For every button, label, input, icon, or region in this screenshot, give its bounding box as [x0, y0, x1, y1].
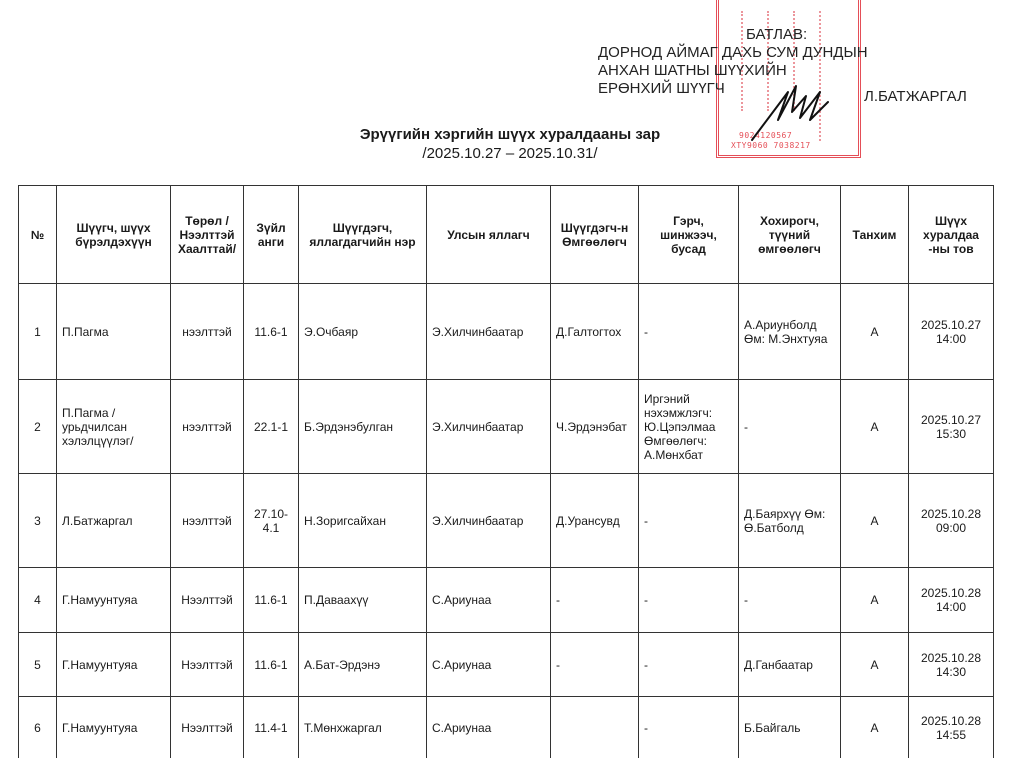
- cell-number: 5: [19, 633, 57, 697]
- signer-name: Л.БАТЖАРГАЛ: [864, 88, 967, 106]
- col-header-judge: Шүүгч, шүүх бүрэлдэхүүн: [57, 186, 171, 284]
- table-row: 2 П.Пагма /урьдчилсан хэлэлцүүлэг/ нээлт…: [19, 380, 994, 474]
- document-title: Эрүүгийн хэргийн шүүх хуралдааны зар: [300, 126, 720, 144]
- cell-victim: Б.Байгаль: [739, 697, 841, 758]
- col-header-article: Зүйл анги: [244, 186, 299, 284]
- cell-defense: Ч.Эрдэнэбат: [551, 380, 639, 474]
- cell-datetime: 2025.10.27 15:30: [909, 380, 994, 474]
- cell-witness: -: [639, 284, 739, 380]
- cell-defendant: Н.Зоригсайхан: [299, 474, 427, 568]
- table-row: 3 Л.Батжаргал нээлттэй 27.10-4.1 Н.Зориг…: [19, 474, 994, 568]
- cell-time: 14:55: [914, 728, 988, 742]
- cell-datetime: 2025.10.28 09:00: [909, 474, 994, 568]
- cell-judge: П.Пагма /урьдчилсан хэлэлцүүлэг/: [57, 380, 171, 474]
- cell-judge: Г.Намуунтуяа: [57, 568, 171, 633]
- cell-type: Нээлттэй: [171, 697, 244, 758]
- approval-label: БАТЛАВ:: [598, 26, 868, 44]
- cell-defense: Д.Галтогтох: [551, 284, 639, 380]
- cell-victim: Д.Ганбаатар: [739, 633, 841, 697]
- cell-room: А: [841, 633, 909, 697]
- cell-defense: Д.Урансувд: [551, 474, 639, 568]
- cell-time: 15:30: [914, 427, 988, 441]
- col-header-date: Шүүх хуралдаа -ны тов: [909, 186, 994, 284]
- cell-prosecutor: Э.Хилчинбаатар: [427, 284, 551, 380]
- cell-defense: -: [551, 633, 639, 697]
- cell-witness: -: [639, 633, 739, 697]
- col-header-room: Танхим: [841, 186, 909, 284]
- cell-victim: -: [739, 380, 841, 474]
- cell-article: 11.6-1: [244, 284, 299, 380]
- cell-type: Нээлттэй: [171, 568, 244, 633]
- cell-date: 2025.10.27: [914, 318, 988, 332]
- cell-type: нээлттэй: [171, 380, 244, 474]
- col-header-witness: Гэрч, шинжээч, бусад: [639, 186, 739, 284]
- cell-judge: П.Пагма: [57, 284, 171, 380]
- cell-defendant: А.Бат-Эрдэнэ: [299, 633, 427, 697]
- cell-victim: Д.Баярхүү Өм: Ө.Батболд: [739, 474, 841, 568]
- col-header-defense: Шүүгдэгч-н Өмгөөлөгч: [551, 186, 639, 284]
- cell-prosecutor: С.Ариунаа: [427, 568, 551, 633]
- cell-datetime: 2025.10.28 14:55: [909, 697, 994, 758]
- cell-room: А: [841, 568, 909, 633]
- stamp-code: ХТҮ9060 7038217: [731, 141, 811, 150]
- cell-number: 6: [19, 697, 57, 758]
- cell-judge: Г.Намуунтуяа: [57, 697, 171, 758]
- cell-date: 2025.10.28: [914, 651, 988, 665]
- cell-number: 1: [19, 284, 57, 380]
- cell-time: 14:30: [914, 665, 988, 679]
- cell-number: 4: [19, 568, 57, 633]
- cell-time: 14:00: [914, 600, 988, 614]
- cell-prosecutor: Э.Хилчинбаатар: [427, 380, 551, 474]
- cell-datetime: 2025.10.27 14:00: [909, 284, 994, 380]
- cell-defendant: Б.Эрдэнэбулган: [299, 380, 427, 474]
- cell-prosecutor: Э.Хилчинбаатар: [427, 474, 551, 568]
- cell-prosecutor: С.Ариунаа: [427, 633, 551, 697]
- cell-time: 09:00: [914, 521, 988, 535]
- cell-prosecutor: С.Ариунаа: [427, 697, 551, 758]
- cell-victim: -: [739, 568, 841, 633]
- approval-court-line1: ДОРНОД АЙМАГ ДАХЬ СУМ ДУНДЫН: [598, 44, 868, 62]
- table-row: 1 П.Пагма нээлттэй 11.6-1 Э.Очбаяр Э.Хил…: [19, 284, 994, 380]
- col-header-victim: Хохирогч, түүний өмгөөлөгч: [739, 186, 841, 284]
- cell-datetime: 2025.10.28 14:30: [909, 633, 994, 697]
- cell-defendant: Э.Очбаяр: [299, 284, 427, 380]
- table-row: 6 Г.Намуунтуяа Нээлттэй 11.4-1 Т.Мөнхжар…: [19, 697, 994, 758]
- cell-witness: -: [639, 474, 739, 568]
- document-header: Эрүүгийн хэргийн шүүх хуралдааны зар /20…: [300, 126, 720, 163]
- cell-room: А: [841, 697, 909, 758]
- cell-witness: Иргэний нэхэмжлэгч: Ю.Цэпэлмаа Өмгөөлөгч…: [639, 380, 739, 474]
- cell-article: 11.6-1: [244, 633, 299, 697]
- cell-defense: -: [551, 568, 639, 633]
- cell-type: нээлттэй: [171, 284, 244, 380]
- cell-article: 11.4-1: [244, 697, 299, 758]
- cell-room: А: [841, 380, 909, 474]
- cell-judge: Л.Батжаргал: [57, 474, 171, 568]
- cell-date: 2025.10.28: [914, 714, 988, 728]
- cell-article: 22.1-1: [244, 380, 299, 474]
- col-header-type: Төрөл /Нээлттэй Хаалттай/: [171, 186, 244, 284]
- cell-date: 2025.10.27: [914, 413, 988, 427]
- table-row: 5 Г.Намуунтуяа Нээлттэй 11.6-1 А.Бат-Эрд…: [19, 633, 994, 697]
- cell-article: 27.10-4.1: [244, 474, 299, 568]
- cell-defense: [551, 697, 639, 758]
- cell-room: А: [841, 284, 909, 380]
- table-row: 4 Г.Намуунтуяа Нээлттэй 11.6-1 П.Даваахү…: [19, 568, 994, 633]
- cell-date: 2025.10.28: [914, 507, 988, 521]
- cell-type: нээлттэй: [171, 474, 244, 568]
- table-header-row: № Шүүгч, шүүх бүрэлдэхүүн Төрөл /Нээлттэ…: [19, 186, 994, 284]
- signature-icon: [748, 62, 868, 142]
- cell-time: 14:00: [914, 332, 988, 346]
- col-header-prosecutor: Улсын яллагч: [427, 186, 551, 284]
- cell-datetime: 2025.10.28 14:00: [909, 568, 994, 633]
- cell-witness: -: [639, 568, 739, 633]
- document-period: /2025.10.27 – 2025.10.31/: [300, 144, 720, 163]
- col-header-number: №: [19, 186, 57, 284]
- cell-date: 2025.10.28: [914, 586, 988, 600]
- cell-victim: А.Ариунболд Өм: М.Энхтуяа: [739, 284, 841, 380]
- cell-judge: Г.Намуунтуяа: [57, 633, 171, 697]
- hearing-schedule-table: № Шүүгч, шүүх бүрэлдэхүүн Төрөл /Нээлттэ…: [18, 185, 994, 758]
- cell-witness: -: [639, 697, 739, 758]
- cell-article: 11.6-1: [244, 568, 299, 633]
- cell-defendant: Т.Мөнхжаргал: [299, 697, 427, 758]
- cell-number: 2: [19, 380, 57, 474]
- cell-defendant: П.Даваахүү: [299, 568, 427, 633]
- cell-room: А: [841, 474, 909, 568]
- col-header-defendant: Шүүгдэгч, яллагдагчийн нэр: [299, 186, 427, 284]
- cell-number: 3: [19, 474, 57, 568]
- cell-type: Нээлттэй: [171, 633, 244, 697]
